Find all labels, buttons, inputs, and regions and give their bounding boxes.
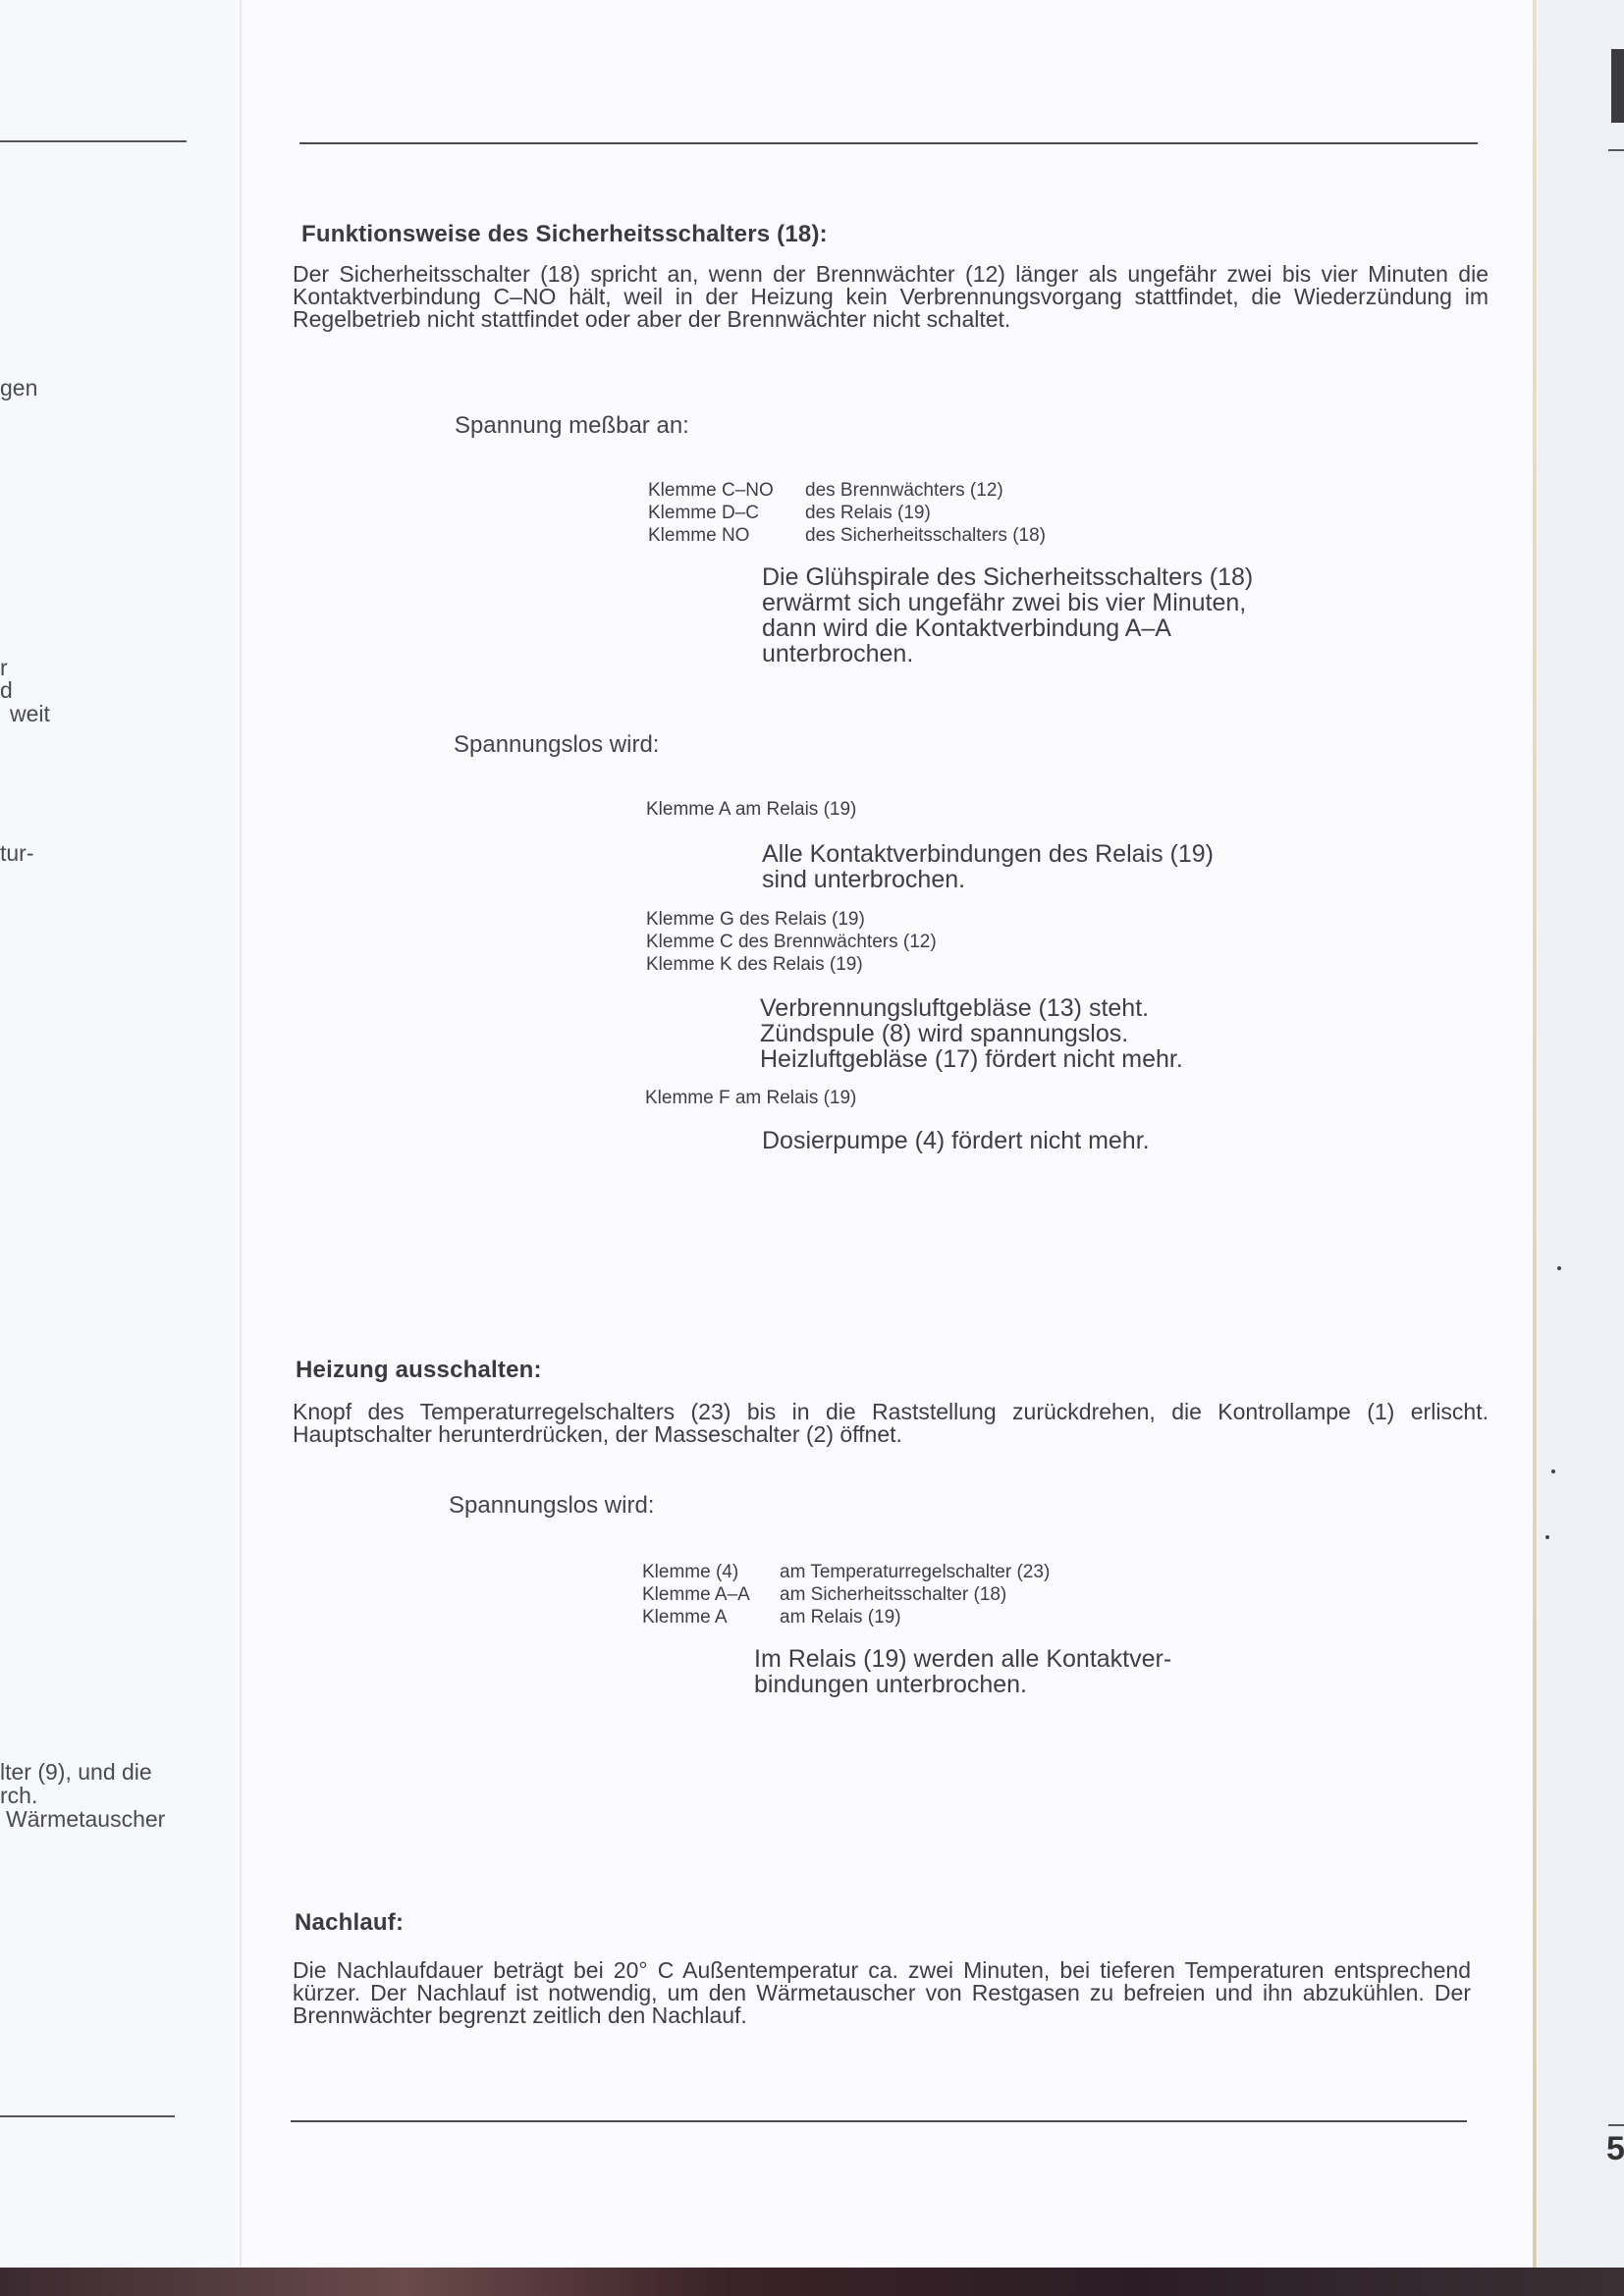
deenergized-label: Spannungslos wird:	[449, 1492, 654, 1520]
terminal-row: Klemme D–Cdes Relais (19)	[648, 502, 1046, 524]
left-fragment: lter (9), und die	[0, 1759, 152, 1785]
thumb-index-tab	[1611, 49, 1624, 123]
left-fragment: gen	[0, 375, 37, 400]
terminal-row: Klemme Aam Relais (19)	[642, 1606, 1050, 1629]
left-page-edge: gen r d weit tur- lter (9), und die rch.…	[0, 0, 236, 2268]
section-heading-sicherheitsschalter: Funktionsweise des Sicherheitsschalters …	[301, 221, 828, 248]
scan-speck	[1551, 1469, 1555, 1473]
page-gutter	[240, 0, 242, 2268]
deenergized-terminal-list: Klemme G des Relais (19) Klemme C des Br…	[646, 908, 937, 976]
right-page-edge	[1538, 0, 1624, 2268]
terminal-row: Klemme A–Aam Sicherheitsschalter (18)	[642, 1583, 1050, 1606]
right-top-rule	[1608, 149, 1624, 151]
deenergized-terminal-list: Klemme F am Relais (19)	[645, 1087, 856, 1109]
deenergized-terminal-list: Klemme (4)am Temperaturregelschalter (23…	[642, 1561, 1050, 1629]
page-fold	[1533, 0, 1537, 2268]
deenergized-terminal-list: Klemme A am Relais (19)	[646, 798, 856, 821]
left-fragment: d	[0, 677, 13, 703]
deenergized-label: Spannungslos wird:	[454, 731, 659, 759]
terminal-row: Klemme NOdes Sicherheitsschalters (18)	[648, 524, 1046, 547]
left-fragment: rch.	[0, 1783, 37, 1808]
bottom-rule	[291, 2120, 1467, 2122]
terminal-row: Klemme (4)am Temperaturregelschalter (23…	[642, 1561, 1050, 1583]
section-body-nachlauf: Die Nachlaufdauer beträgt bei 20° C Auße…	[293, 1959, 1471, 2027]
measurable-effect: Die Glühspirale des Sicherheitsschalters…	[762, 564, 1253, 667]
scan-speck	[1545, 1535, 1549, 1539]
deenergized-effect: Im Relais (19) werden alle Kontaktver- b…	[754, 1646, 1171, 1697]
deenergized-effect: Alle Kontaktverbindungen des Relais (19)…	[762, 841, 1214, 892]
top-rule	[299, 142, 1478, 144]
right-bottom-rule	[1608, 2124, 1624, 2126]
deenergized-effect: Dosierpumpe (4) fördert nicht mehr.	[762, 1128, 1150, 1153]
terminal-row: Klemme C–NOdes Brennwächters (12)	[648, 479, 1046, 502]
section-body-sicherheitsschalter: Der Sicherheitsschalter (18) spricht an,…	[293, 263, 1489, 331]
measurable-label: Spannung meßbar an:	[455, 412, 689, 440]
left-bottom-rule	[0, 2115, 175, 2117]
section-heading-nachlauf: Nachlauf:	[295, 1909, 404, 1937]
page-number: 5	[1606, 2130, 1624, 2168]
section-body-ausschalten: Knopf des Temperaturregelschalters (23) …	[293, 1401, 1489, 1446]
left-fragment: tur-	[0, 840, 34, 866]
left-fragment: Wärmetauscher	[6, 1806, 165, 1832]
scan-bottom-edge	[0, 2268, 1624, 2296]
measurable-terminal-list: Klemme C–NOdes Brennwächters (12) Klemme…	[648, 479, 1046, 547]
deenergized-effect: Verbrennungsluftgebläse (13) steht. Zünd…	[760, 995, 1183, 1072]
left-top-rule	[0, 140, 187, 142]
section-heading-ausschalten: Heizung ausschalten:	[296, 1357, 542, 1384]
scan-speck	[1557, 1266, 1561, 1270]
left-fragment: weit	[10, 701, 50, 726]
